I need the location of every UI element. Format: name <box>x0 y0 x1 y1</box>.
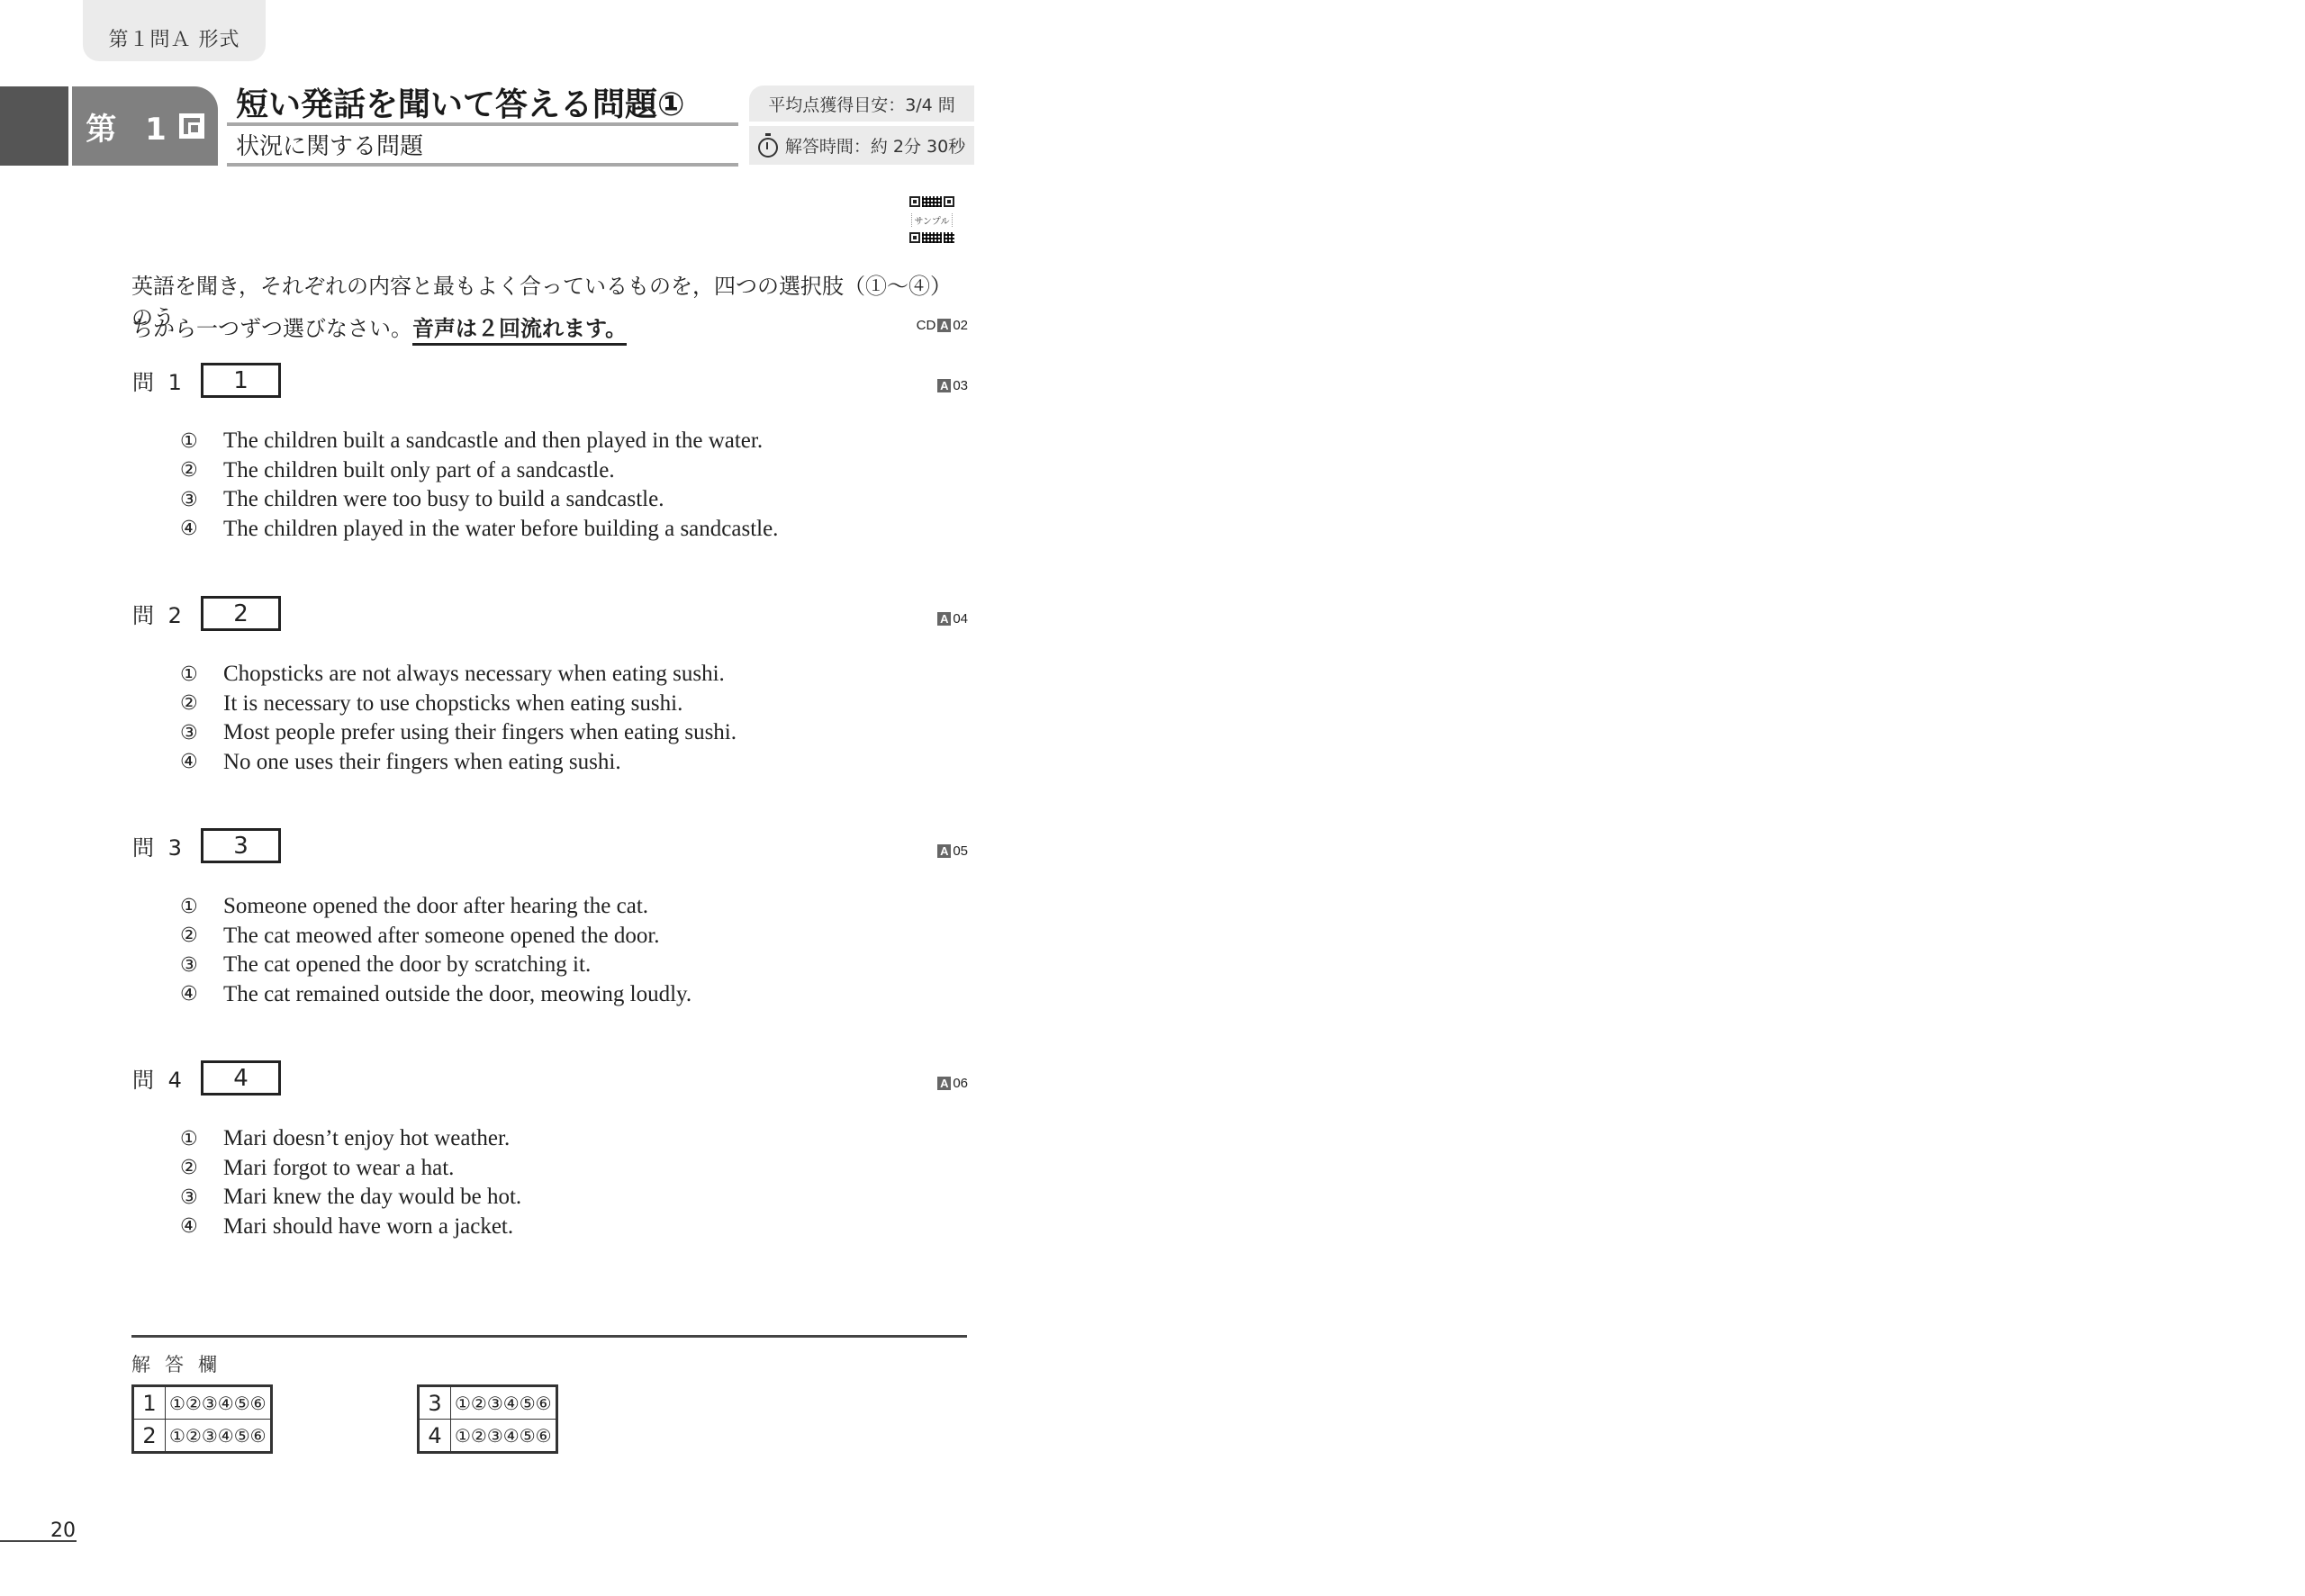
option-item: ④The children played in the water before… <box>180 515 778 545</box>
option-list: ①Chopsticks are not always necessary whe… <box>180 660 737 777</box>
question-label: 問 2 <box>132 598 201 629</box>
option-item: ④No one uses their fingers when eating s… <box>180 748 737 778</box>
answer-table-right: 3 ①②③④⑤⑥ 4 ①②③④⑤⑥ <box>417 1384 558 1454</box>
track-number: 03 <box>953 378 968 393</box>
answer-number-box: 4 <box>201 1060 281 1096</box>
answer-time: 解答時間：約 2分 30秒 <box>785 133 965 158</box>
question-header: 問 4 4 <box>132 1060 281 1096</box>
answer-choices[interactable]: ①②③④⑤⑥ <box>166 1386 272 1420</box>
option-item: ①Someone opened the door after hearing t… <box>180 892 691 922</box>
track-number: 06 <box>953 1076 968 1091</box>
option-item: ①Mari doesn’t enjoy hot weather. <box>180 1124 521 1154</box>
answer-choices[interactable]: ①②③④⑤⑥ <box>451 1420 557 1453</box>
option-item: ④The cat remained outside the door, meow… <box>180 980 691 1010</box>
answer-number-box: 1 <box>201 363 281 398</box>
header-dark-block <box>0 86 68 166</box>
answer-row: 1 ①②③④⑤⑥ <box>133 1386 272 1420</box>
answer-row: 2 ①②③④⑤⑥ <box>133 1420 272 1453</box>
answer-row-number: 1 <box>133 1386 166 1420</box>
qr-pattern-icon <box>922 232 942 243</box>
answer-row: 4 ①②③④⑤⑥ <box>419 1420 557 1453</box>
answer-table-left: 1 ①②③④⑤⑥ 2 ①②③④⑤⑥ <box>131 1384 273 1454</box>
option-item: ②Mari forgot to wear a hat. <box>180 1154 521 1184</box>
answer-row-number: 4 <box>419 1420 451 1453</box>
audio-notice: 音声は２回流れます。 <box>412 316 627 346</box>
cd-track-label: CD A 02 <box>917 318 968 333</box>
track-label: A 06 <box>937 1076 968 1091</box>
answer-time-box: 解答時間：約 2分 30秒 <box>749 126 974 165</box>
option-item: ①The children built a sandcastle and the… <box>180 427 778 456</box>
answer-row-number: 2 <box>133 1420 166 1453</box>
page-number: 20 <box>50 1519 76 1542</box>
instructions-text: ちから一つずつ選びなさい。 <box>131 316 412 341</box>
qr-label: サンプル <box>911 213 952 227</box>
kai-glyph-icon <box>179 113 204 139</box>
option-item: ③The cat opened the door by scratching i… <box>180 951 691 980</box>
option-list: ①The children built a sandcastle and the… <box>180 427 778 544</box>
disc-a-icon: A <box>937 319 951 332</box>
subtitle-rule <box>227 163 738 167</box>
title-rule <box>227 122 738 126</box>
page-title: 短い発話を聞いて答える問題① <box>236 79 684 125</box>
option-list: ①Mari doesn’t enjoy hot weather. ②Mari f… <box>180 1124 521 1241</box>
qr-finder-icon <box>909 196 920 207</box>
qr-finder-icon <box>909 232 920 243</box>
answer-number-box: 2 <box>201 596 281 631</box>
section-tab-label: 第１問Ａ 形式 <box>109 24 240 52</box>
cd-prefix: CD <box>917 318 936 333</box>
answer-separator <box>131 1335 967 1338</box>
question-label: 問 3 <box>132 830 201 861</box>
qr-pattern-icon <box>922 196 942 207</box>
option-list: ①Someone opened the door after hearing t… <box>180 892 691 1009</box>
question-header: 問 2 2 <box>132 596 281 631</box>
page-number-rule <box>0 1540 77 1542</box>
track-number: 04 <box>953 611 968 627</box>
option-item: ③The children were too busy to build a s… <box>180 485 778 515</box>
track-number: 05 <box>953 843 968 859</box>
instructions-line-2: ちから一つずつ選びなさい。音声は２回流れます。 <box>131 311 969 342</box>
track-label: A 05 <box>937 843 968 859</box>
answer-number-box: 3 <box>201 828 281 863</box>
target-score: 平均点獲得目安：3/4 問 <box>768 92 955 116</box>
option-item: ②It is necessary to use chopsticks when … <box>180 690 737 719</box>
track-label: A 03 <box>937 378 968 393</box>
question-label: 問 1 <box>132 365 201 396</box>
option-item: ③Mari knew the day would be hot. <box>180 1183 521 1213</box>
question-header: 問 3 3 <box>132 828 281 863</box>
track-label: A 04 <box>937 611 968 627</box>
qr-pattern-icon <box>944 232 954 243</box>
question-header: 問 1 1 <box>132 363 281 398</box>
section-tab: 第１問Ａ 形式 <box>83 0 266 61</box>
page-subtitle: 状況に関する問題 <box>236 128 423 161</box>
option-item: ①Chopsticks are not always necessary whe… <box>180 660 737 690</box>
qr-finder-icon <box>944 196 954 207</box>
track-number: 02 <box>953 318 968 333</box>
answer-area-label: 解答欄 <box>131 1350 231 1377</box>
question-label: 問 4 <box>132 1062 201 1094</box>
answer-row-number: 3 <box>419 1386 451 1420</box>
option-item: ②The children built only part of a sandc… <box>180 456 778 486</box>
disc-a-icon: A <box>937 844 951 858</box>
answer-row: 3 ①②③④⑤⑥ <box>419 1386 557 1420</box>
disc-a-icon: A <box>937 1077 951 1090</box>
answer-choices[interactable]: ①②③④⑤⑥ <box>451 1386 557 1420</box>
target-score-box: 平均点獲得目安：3/4 問 <box>749 86 974 122</box>
disc-a-icon: A <box>937 379 951 392</box>
option-item: ④Mari should have worn a jacket. <box>180 1213 521 1242</box>
answer-choices[interactable]: ①②③④⑤⑥ <box>166 1420 272 1453</box>
option-item: ③Most people prefer using their fingers … <box>180 718 737 748</box>
round-label: 第 1 <box>86 104 176 149</box>
stopwatch-icon <box>758 138 778 158</box>
option-item: ②The cat meowed after someone opened the… <box>180 922 691 951</box>
disc-a-icon: A <box>937 612 951 626</box>
qr-code[interactable]: サンプル <box>908 196 956 243</box>
round-badge: 第 1 <box>72 86 218 166</box>
